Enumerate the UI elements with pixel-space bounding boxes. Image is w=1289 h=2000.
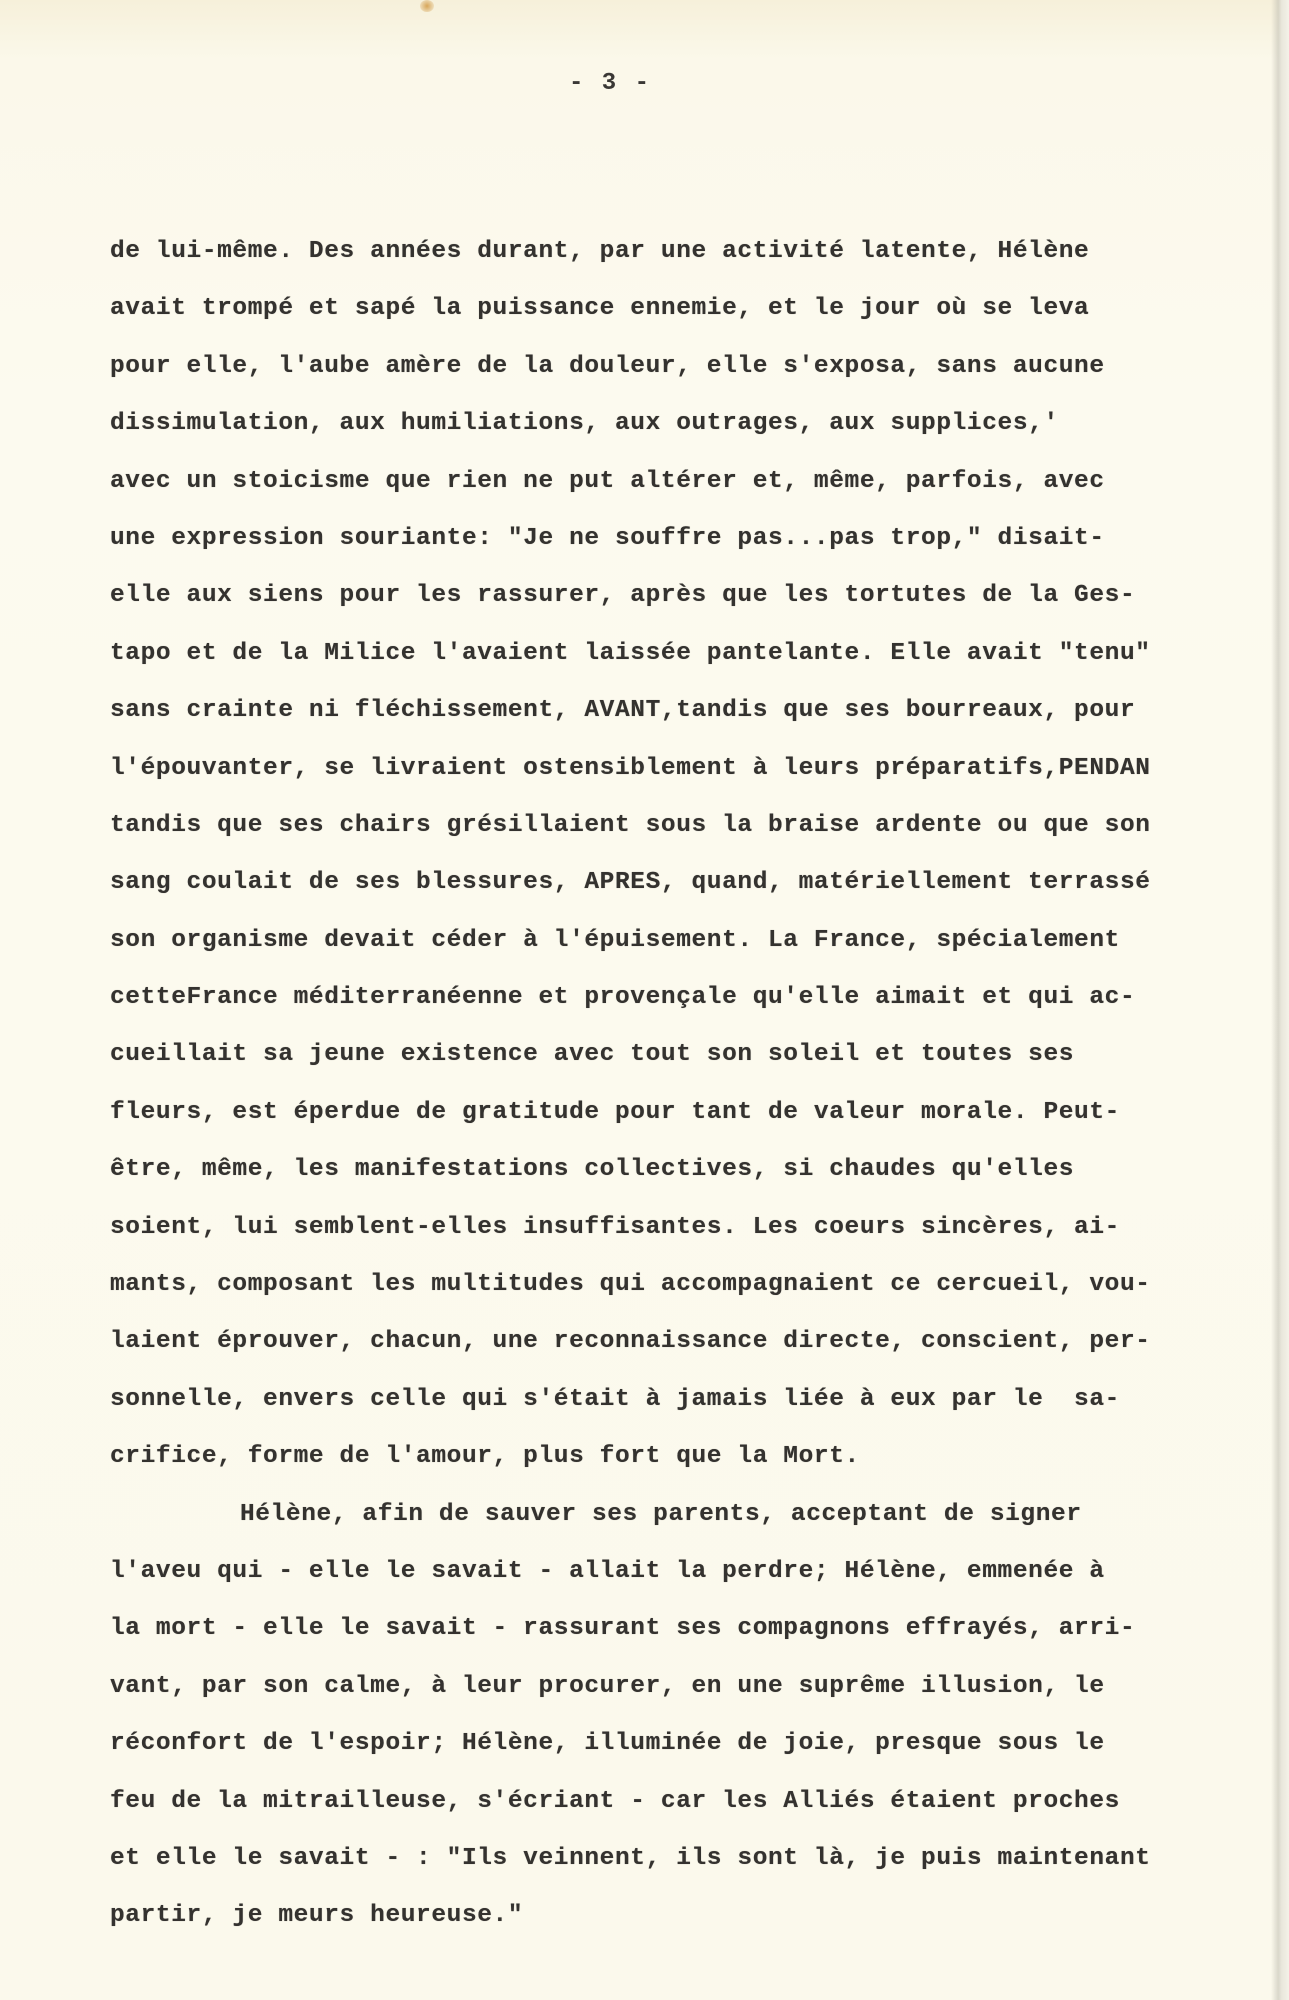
text-line: avec un stoicisme que rien ne put altére…	[110, 466, 1289, 523]
text-line: vant, par son calme, à leur procurer, en…	[110, 1671, 1289, 1728]
text-line: pour elle, l'aube amère de la douleur, e…	[110, 351, 1289, 408]
text-line: partir, je meurs heureuse."	[110, 1900, 1289, 1957]
text-line: et elle le savait - : "Ils veinnent, ils…	[110, 1843, 1289, 1900]
body-text: de lui-même. Des années durant, par une …	[110, 155, 1289, 1958]
text-line: de lui-même. Des années durant, par une …	[110, 236, 1289, 293]
text-line: réconfort de l'espoir; Hélène, illuminée…	[110, 1728, 1289, 1785]
typewritten-page: - 3 - de lui-même. Des années durant, pa…	[0, 0, 1289, 2000]
page-number: - 3 -	[0, 70, 1220, 97]
text-line: cueillait sa jeune existence avec tout s…	[110, 1039, 1289, 1096]
text-line: cetteFrance méditerranéenne et provençal…	[110, 982, 1289, 1039]
text-line: sonnelle, envers celle qui s'était à jam…	[110, 1384, 1289, 1441]
text-line: être, même, les manifestations collectiv…	[110, 1154, 1289, 1211]
text-line: tapo et de la Milice l'avaient laissée p…	[110, 638, 1289, 695]
text-line: une expression souriante: "Je ne souffre…	[110, 523, 1289, 580]
paper-stain	[420, 0, 434, 12]
text-line: laient éprouver, chacun, une reconnaissa…	[110, 1326, 1289, 1383]
text-line: mants, composant les multitudes qui acco…	[110, 1269, 1289, 1326]
text-line: feu de la mitrailleuse, s'écriant - car …	[110, 1786, 1289, 1843]
text-line: avait trompé et sapé la puissance ennemi…	[110, 293, 1289, 350]
text-line: l'épouvanter, se livraient ostensiblemen…	[110, 753, 1289, 810]
text-line: elle aux siens pour les rassurer, après …	[110, 580, 1289, 637]
text-line: sans crainte ni fléchissement, AVANT,tan…	[110, 695, 1289, 752]
text-line: la mort - elle le savait - rassurant ses…	[110, 1613, 1289, 1670]
text-line: fleurs, est éperdue de gratitude pour ta…	[110, 1097, 1289, 1154]
text-line: l'aveu qui - elle le savait - allait la …	[110, 1556, 1289, 1613]
paragraph-start-line: Hélène, afin de sauver ses parents, acce…	[110, 1499, 1289, 1556]
text-line: soient, lui semblent-elles insuffisantes…	[110, 1212, 1289, 1269]
text-line: tandis que ses chairs grésillaient sous …	[110, 810, 1289, 867]
text-line: dissimulation, aux humiliations, aux out…	[110, 408, 1289, 465]
text-line: sang coulait de ses blessures, APRES, qu…	[110, 867, 1289, 924]
text-line: crifice, forme de l'amour, plus fort que…	[110, 1441, 1289, 1498]
text-line: son organisme devait céder à l'épuisemen…	[110, 925, 1289, 982]
